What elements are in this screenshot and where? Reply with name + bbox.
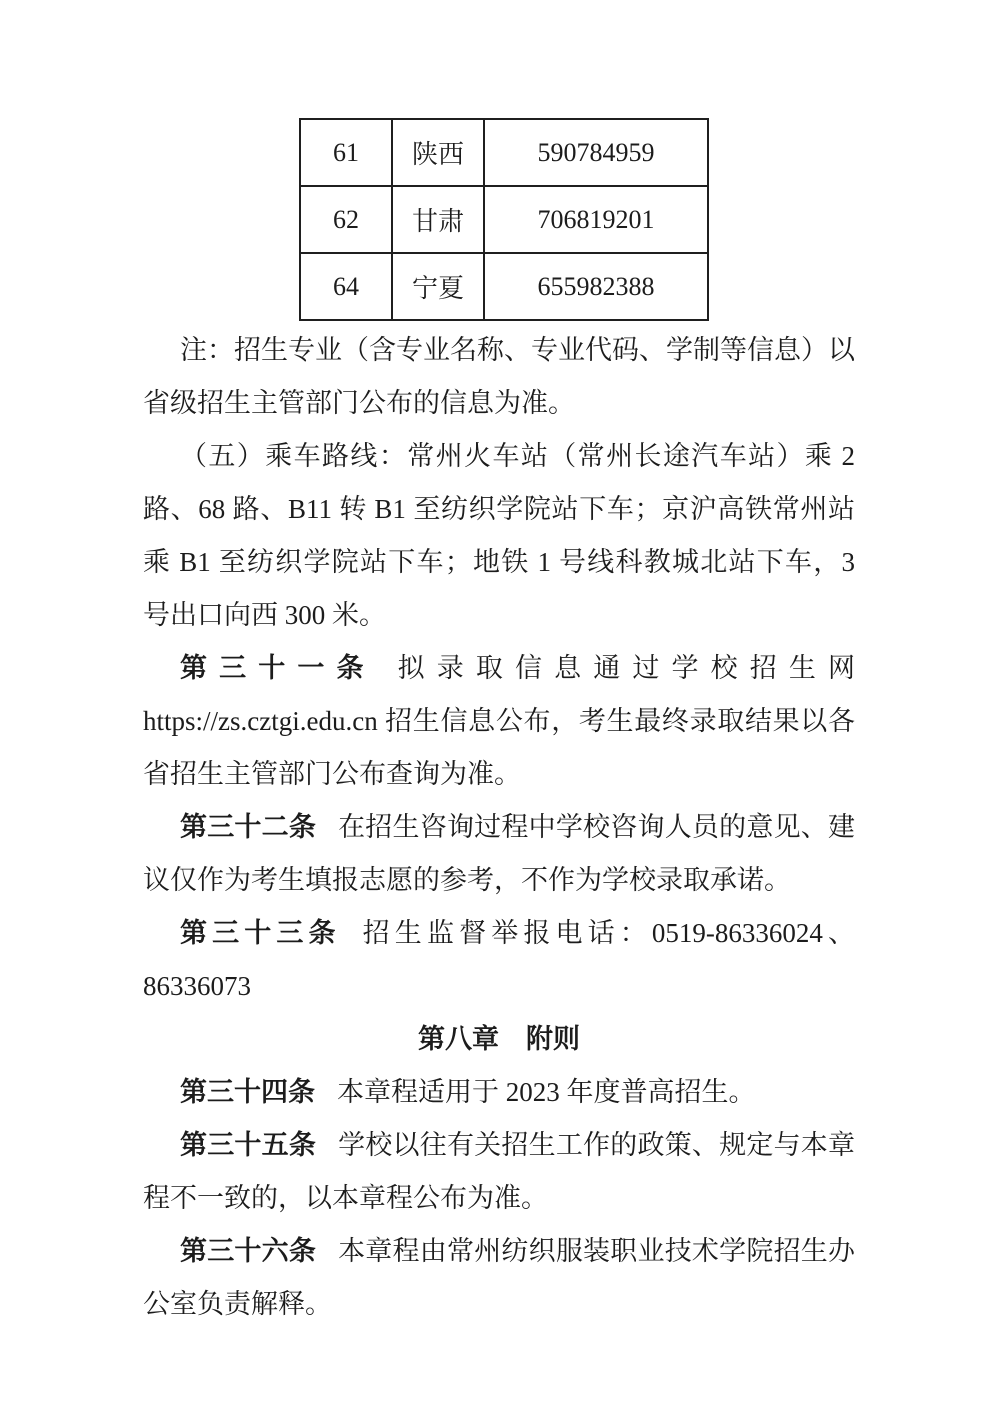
article-34-term: 第三十四条: [180, 1077, 337, 1107]
chapter-8-heading: 第八章 附则: [143, 1013, 855, 1066]
article-32-term: 第三十二条: [180, 812, 338, 842]
bus-route-paragraph: （五）乘车路线：常州火车站（常州长途汽车站）乘 2 路、68 路、B11 转 B…: [143, 430, 855, 642]
province-code-cell: 61: [300, 119, 392, 186]
province-qq-group-table-body: 61 陕西 590784959 62 甘肃 706819201 64 宁夏 65…: [300, 119, 708, 320]
table-row: 62 甘肃 706819201: [300, 186, 708, 253]
province-name-cell: 甘肃: [392, 186, 484, 253]
article-34-text: 本章程适用于 2023 年度普高招生。: [337, 1077, 756, 1107]
province-name-cell: 陕西: [392, 119, 484, 186]
article-33-term: 第三十三条: [180, 918, 363, 948]
table-row: 64 宁夏 655982388: [300, 253, 708, 320]
document-page: 61 陕西 590784959 62 甘肃 706819201 64 宁夏 65…: [0, 0, 1008, 1417]
qq-group-number-cell: 655982388: [484, 253, 708, 320]
article-32-paragraph: 第三十二条在招生咨询过程中学校咨询人员的意见、建议仅作为考生填报志愿的参考，不作…: [143, 801, 855, 907]
note-paragraph: 注：招生专业（含专业名称、专业代码、学制等信息）以省级招生主管部门公布的信息为准…: [143, 324, 855, 430]
province-code-cell: 62: [300, 186, 392, 253]
province-code-cell: 64: [300, 253, 392, 320]
article-35-paragraph: 第三十五条学校以往有关招生工作的政策、规定与本章程不一致的，以本章程公布为准。: [143, 1119, 855, 1225]
article-34-paragraph: 第三十四条本章程适用于 2023 年度普高招生。: [143, 1066, 855, 1119]
table-row: 61 陕西 590784959: [300, 119, 708, 186]
article-36-paragraph: 第三十六条本章程由常州纺织服装职业技术学院招生办公室负责解释。: [143, 1225, 855, 1331]
article-36-term: 第三十六条: [180, 1236, 338, 1266]
qq-group-number-cell: 590784959: [484, 119, 708, 186]
article-31-term: 第三十一条: [180, 653, 398, 683]
qq-group-number-cell: 706819201: [484, 186, 708, 253]
province-qq-group-table: 61 陕西 590784959 62 甘肃 706819201 64 宁夏 65…: [299, 118, 709, 321]
province-name-cell: 宁夏: [392, 253, 484, 320]
article-35-term: 第三十五条: [180, 1130, 338, 1160]
article-31-paragraph: 第三十一条拟录取信息通过学校招生网 https://zs.cztgi.edu.c…: [143, 642, 855, 801]
document-body: 注：招生专业（含专业名称、专业代码、学制等信息）以省级招生主管部门公布的信息为准…: [143, 324, 855, 1331]
article-33-paragraph: 第三十三条招生监督举报电话：0519-86336024、86336073: [143, 907, 855, 1013]
